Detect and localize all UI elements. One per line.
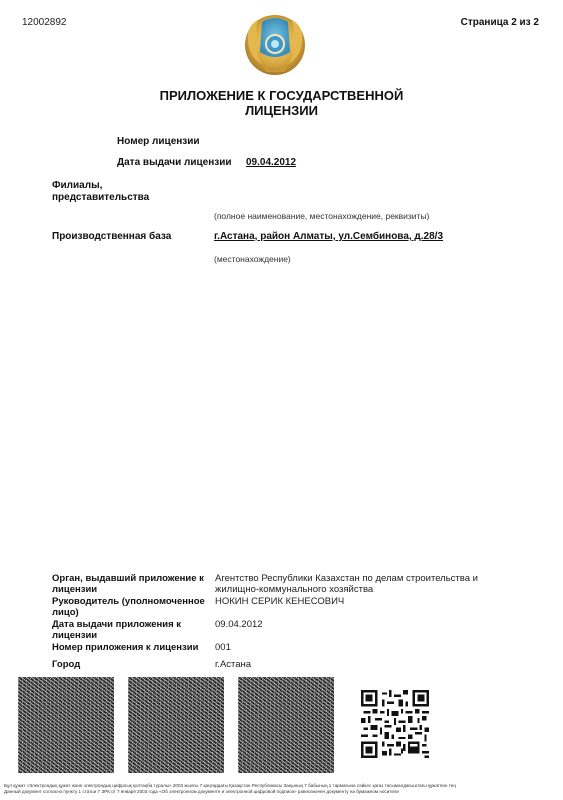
- appendix-date-label: Дата выдачи приложения к лицензии: [52, 619, 212, 641]
- license-number-label: Номер лицензии: [117, 136, 200, 148]
- appendix-number-label: Номер приложения к лицензии: [52, 642, 212, 653]
- legal-footnote: Бұл құжат «Электрондық құжат және электр…: [4, 783, 559, 795]
- page-indicator: Страница 2 из 2: [461, 17, 539, 28]
- document-number: 12002892: [22, 17, 67, 28]
- datamatrix-code-3: [238, 677, 334, 773]
- datamatrix-code-1: [18, 677, 114, 773]
- license-date-value: 09.04.2012: [246, 157, 296, 168]
- state-emblem-icon: [240, 12, 310, 78]
- title-line-2: ЛИЦЕНЗИИ: [0, 103, 563, 118]
- city-value: г.Астана: [215, 659, 515, 670]
- footnote-russian: Данный документ согласно пункту 1 статьи…: [4, 789, 559, 795]
- production-base-value: г.Астана, район Алматы, ул.Сембинова, д.…: [214, 231, 443, 242]
- production-base-hint: (местонахождение): [214, 254, 291, 264]
- head-value: НОКИН СЕРИК КЕНЕСОВИЧ: [215, 596, 515, 607]
- datamatrix-code-2: [128, 677, 224, 773]
- branches-hint: (полное наименование, местонахождение, р…: [214, 211, 429, 221]
- production-base-label: Производственная база: [52, 231, 171, 243]
- issuer-label: Орган, выдавший приложение к лицензии: [52, 573, 212, 595]
- license-date-label: Дата выдачи лицензии: [117, 157, 232, 169]
- document-title: ПРИЛОЖЕНИЕ К ГОСУДАРСТВЕННОЙ ЛИЦЕНЗИИ: [0, 88, 563, 118]
- appendix-date-value: 09.04.2012: [215, 619, 515, 630]
- qr-code-icon: [361, 690, 429, 758]
- city-label: Город: [52, 659, 212, 670]
- branches-label: Филиалы, представительства: [52, 180, 149, 204]
- appendix-number-value: 001: [215, 642, 515, 653]
- head-label: Руководитель (уполномоченное лицо): [52, 596, 212, 618]
- issuer-value: Агентство Республики Казахстан по делам …: [215, 573, 515, 595]
- title-line-1: ПРИЛОЖЕНИЕ К ГОСУДАРСТВЕННОЙ: [0, 88, 563, 103]
